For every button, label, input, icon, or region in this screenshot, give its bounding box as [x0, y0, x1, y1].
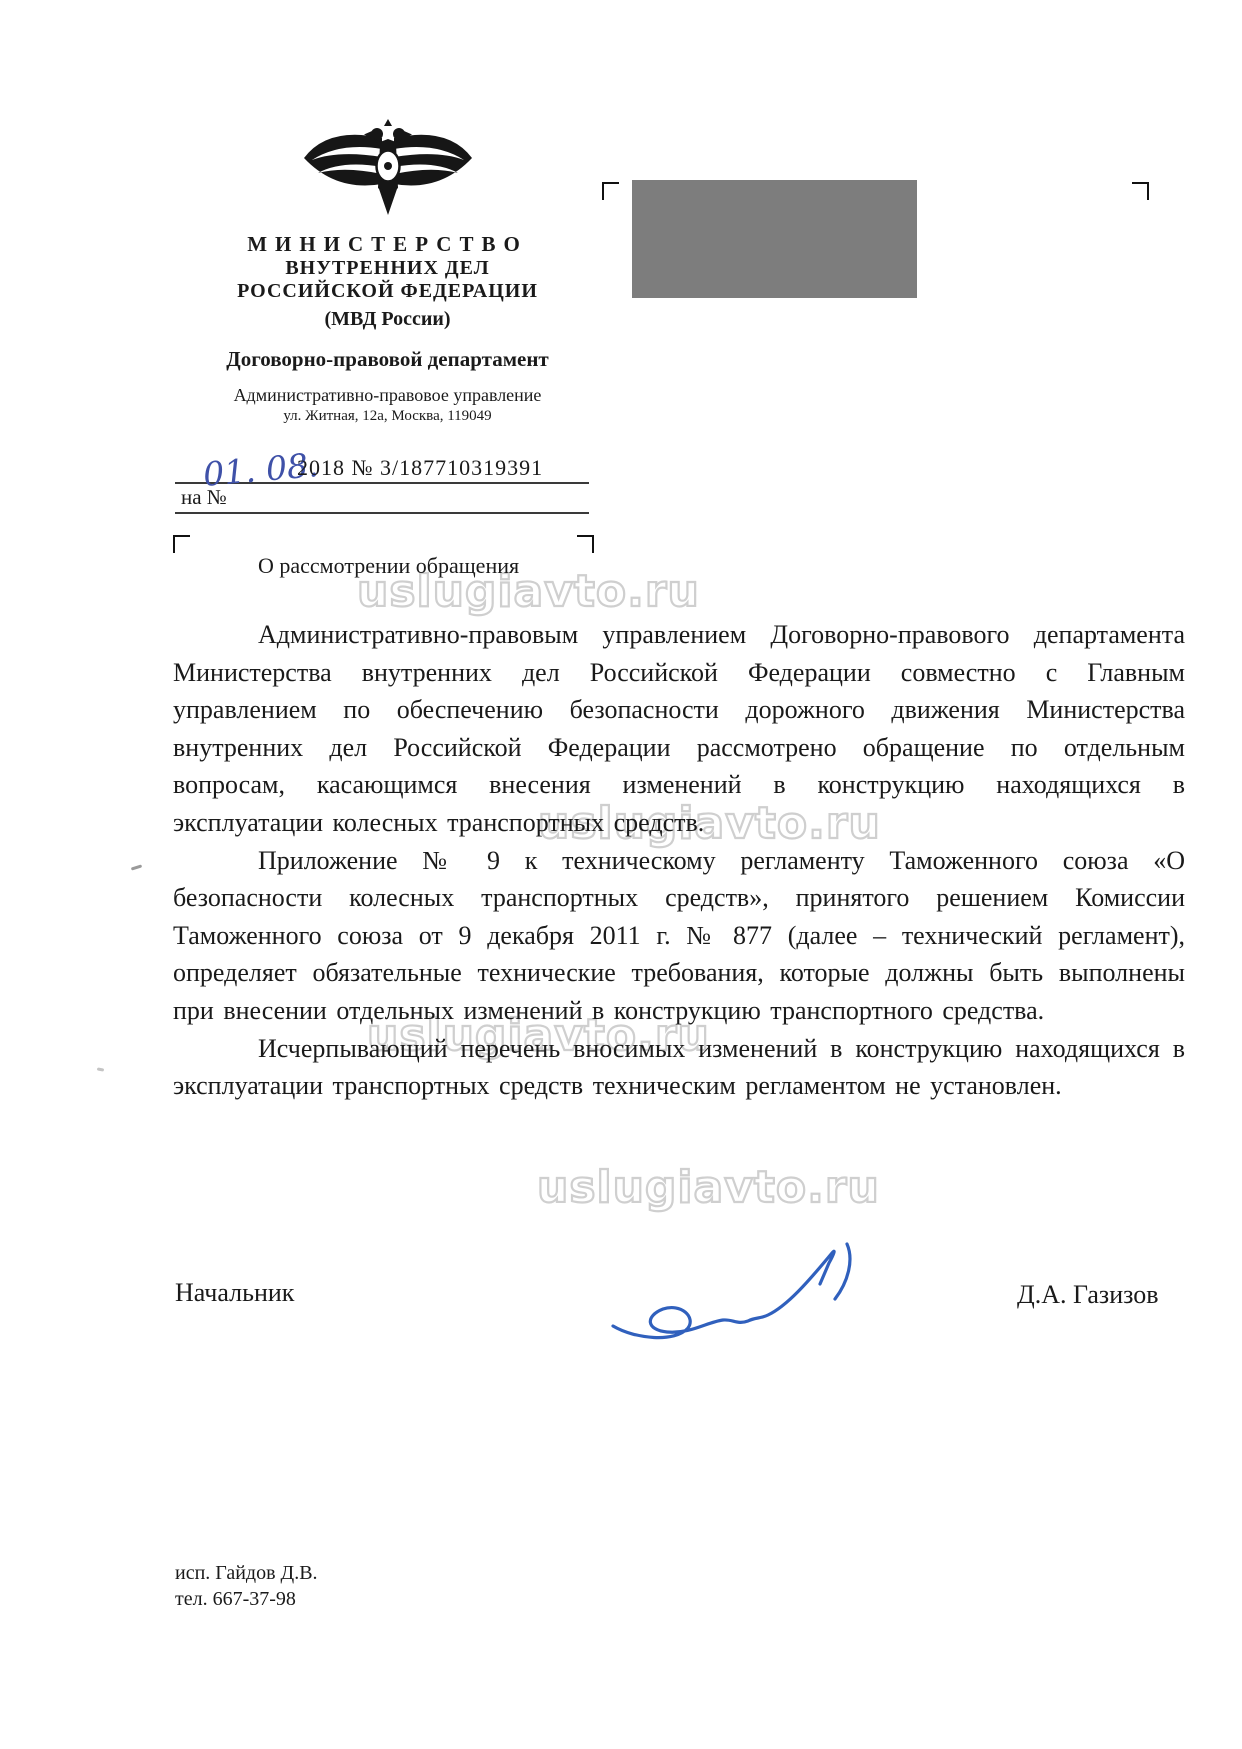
- outgoing-date-number-line: 01. 08. 2018 № 3/187710319391: [175, 444, 589, 484]
- executor-block: исп. Гайдов Д.В. тел. 667-37-98: [175, 1560, 318, 1612]
- subject-corner-mark-right: [577, 535, 594, 553]
- letterhead: МИНИСТЕРСТВО ВНУТРЕННИХ ДЕЛ РОССИЙСКОЙ Ф…: [160, 118, 615, 425]
- letter-body: Административно-правовым управлением Дог…: [173, 616, 1185, 1105]
- addressee-corner-mark-right: [1132, 182, 1149, 200]
- letter-subject: О рассмотрении обращения: [258, 553, 519, 579]
- executor-phone: тел. 667-37-98: [175, 1586, 318, 1612]
- division-name: Административно-правовое управление: [160, 385, 615, 406]
- handwritten-signature: [595, 1238, 875, 1350]
- redacted-addressee-block: [632, 180, 917, 298]
- mvd-double-headed-eagle-icon: [298, 118, 478, 222]
- ministry-name-line3: РОССИЙСКОЙ ФЕДЕРАЦИИ: [160, 280, 615, 303]
- paragraph-3: Исчерпывающий перечень вносимых изменени…: [173, 1030, 1185, 1105]
- postal-address: ул. Житная, 12а, Москва, 119049: [160, 408, 615, 425]
- scan-speck: [131, 864, 142, 870]
- signer-name: Д.А. Газизов: [1017, 1280, 1159, 1310]
- addressee-corner-mark-left: [602, 182, 619, 200]
- executor-name: исп. Гайдов Д.В.: [175, 1560, 318, 1586]
- ministry-name-line1: МИНИСТЕРСТВО: [160, 232, 615, 257]
- department-name: Договорно-правовой департамент: [160, 347, 615, 372]
- watermark-uslugiavto-4: uslugiavto.ru: [537, 1162, 880, 1213]
- reply-to-prefix: на №: [181, 485, 227, 510]
- paragraph-1: Административно-правовым управлением Дог…: [173, 616, 1185, 842]
- scan-speck: [97, 1067, 104, 1071]
- ministry-name-line2: ВНУТРЕННИХ ДЕЛ: [160, 257, 615, 280]
- paragraph-2: Приложение № 9 к техническому регламенту…: [173, 842, 1185, 1030]
- signer-position: Начальник: [175, 1278, 294, 1308]
- outgoing-number: 2018 № 3/187710319391: [297, 455, 543, 481]
- reply-to-number-line: на №: [175, 486, 589, 514]
- ministry-abbreviation: (МВД России): [160, 308, 615, 331]
- subject-corner-mark-left: [173, 535, 190, 553]
- scanned-letter-page: uslugiavto.ru uslugiavto.ru uslugiavto.r…: [0, 0, 1242, 1749]
